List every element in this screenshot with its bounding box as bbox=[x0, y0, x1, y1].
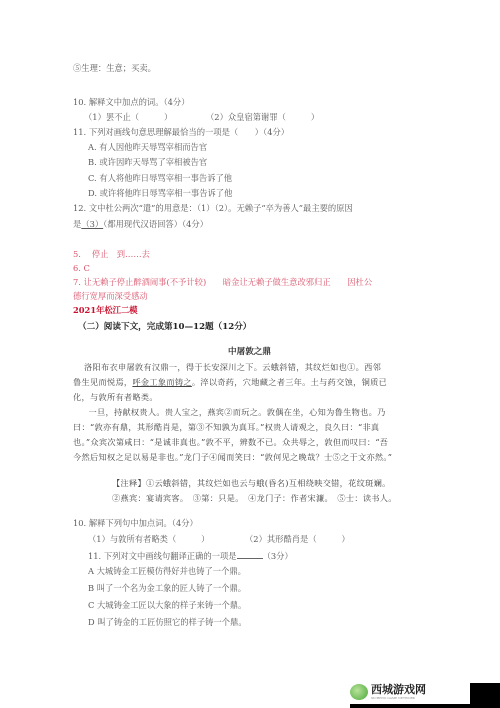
answer-7-line1: 7. 让无赖子停止醉酒闹事(不予计较) 暗金让无赖子做生意改邪归正 因杜公 bbox=[73, 277, 372, 288]
watermark-name: 西城游戏网 bbox=[371, 684, 426, 696]
q11a-stem: 11. 下列对画线句意思理解最恰当的一项是（ ）（4分） bbox=[73, 127, 289, 138]
passage-p2-line2: 曰：“敦亦有鼎，其形酷肖是，第③不知孰为真耳。”权贵人请观之，良久曰：“非真 bbox=[73, 422, 379, 433]
q10b-stem: 10. 解释下列句中加点词。（4分） bbox=[73, 518, 198, 529]
q10a-sub2: （2）众皇宿第谢罪（ ） bbox=[206, 112, 319, 123]
notes-line1: 【注释】①云蛾斜错，其纹烂如也云与蛾(昏名)互相绕映交错，花纹斑斓。 bbox=[112, 478, 391, 489]
q12a-line1: 12. 文中杜公两次“遣”的用意是：（1）（2）。无赖子“卒为善人”最主要的原因 bbox=[73, 203, 353, 214]
q11b-option-c: C 大城铸金工匠以大象的样子来铸一个鼎。 bbox=[88, 600, 246, 611]
passage-p1-line2: 鲁生见而悦焉，呼金工象而铸之。淬以奇药，穴地藏之者三年。土与药交蚀，铜质已 bbox=[73, 377, 387, 388]
q12a-line2: 是（3）（都用现代汉语回答）（4分） bbox=[73, 219, 208, 230]
q11b-answer-blank bbox=[237, 550, 263, 559]
q11b-option-d: D 叫了铸金的工匠仿照它的样子铸一个鼎。 bbox=[88, 617, 247, 628]
passage-p2-line1: 一旦，持献权贵人。贵人宝之，燕宾②而玩之。敦偶在坐，心知为鲁生物也。乃 bbox=[80, 407, 386, 418]
q10b-sub2: （2）其形酷肖是（ ） bbox=[245, 534, 350, 545]
q11a-option-a: A. 有人因他昨天辱骂宰相而告官 bbox=[88, 142, 207, 153]
passage-underlined-sentence: 呼金工象而铸之 bbox=[132, 377, 191, 387]
q11b-stem: 11. 下列对文中画线句翻译正确的一项是（3分） bbox=[88, 550, 293, 562]
passage-p2-line3: 也。”众宾次第咸曰：“是诚非真也。”敦不平，辨数不已。众共辱之，敦但而叹曰：“吾 bbox=[73, 437, 388, 448]
notes-line2: ②燕宾：宴请宾客。 ③第：只是。 ④龙门子：作者宋濂。 ⑤士：读书人。 bbox=[112, 493, 397, 504]
note-5: ⑤生理：生意；买卖。 bbox=[73, 63, 156, 74]
q11a-option-d: D. 或许将他昨日辱骂宰相一事告诉了他 bbox=[88, 188, 232, 199]
q10b-sub1: （1）与敦所有者略类（ ） bbox=[88, 534, 209, 545]
q11a-option-c: C. 有人将他昨日辱骂宰相一事告诉了他 bbox=[88, 173, 232, 184]
q11b-option-b: B 叫了一个名为金工象的匠人铸了一个鼎。 bbox=[88, 583, 246, 594]
section-heading: 2021年松江二模 bbox=[73, 305, 138, 316]
q11b-option-a: A 大城铸金工匠模仿得好并也铸了一个鼎。 bbox=[88, 566, 246, 577]
answer-5: 5. 停止 到……去 bbox=[73, 249, 150, 260]
watermark-text-group: 西城游戏网 XICHENG GAME NETWORK bbox=[371, 684, 426, 700]
watermark-sub: XICHENG GAME NETWORK bbox=[371, 696, 426, 700]
q11b-stem-pre: 11. 下列对文中画线句翻译正确的一项是 bbox=[88, 551, 237, 561]
passage-p1-line1: 洛阳布衣申屠敦有汉鼎一，得于长安深川之下。云蛾斜错，其纹烂如也①。西邻 bbox=[84, 362, 381, 373]
passage-p2-line4: 今然后知权之足以易是非也。”龙门子④闻而笑曰：“敦何见之晚哉？士⑤之于文亦然。” bbox=[73, 452, 392, 463]
passage-p1-line2-post: 。淬以奇药，穴地藏之者三年。土与药交蚀，铜质已 bbox=[192, 377, 387, 387]
q10a-stem: 10. 解释文中加点的词。（4分） bbox=[73, 97, 190, 108]
q12a-suffix: （都用现代汉语回答）（4分） bbox=[103, 219, 208, 229]
q11b-stem-post: （3分） bbox=[263, 551, 293, 561]
passage-p1-line2-pre: 鲁生见而悦焉， bbox=[73, 377, 132, 387]
q11a-option-b: B. 或许因昨天辱骂了宰相被告官 bbox=[88, 157, 207, 168]
section-subheading: （二）阅读下文，完成第10—12题（12分） bbox=[78, 322, 251, 333]
watermark: 西城游戏网 XICHENG GAME NETWORK bbox=[350, 680, 470, 704]
passage-title: 中屠敦之鼎 bbox=[228, 347, 271, 358]
watermark-logo-icon bbox=[350, 684, 368, 700]
answer-7-line2: 德行宽厚而深受感动 bbox=[73, 291, 148, 302]
answer-6: 6. C bbox=[73, 263, 90, 274]
q10a-sub1: （1）罢不止（ ） bbox=[84, 112, 172, 123]
passage-p1-line3: 化，与敦所有者略类。 bbox=[73, 392, 158, 403]
q12a-blank: （3） bbox=[81, 219, 103, 229]
